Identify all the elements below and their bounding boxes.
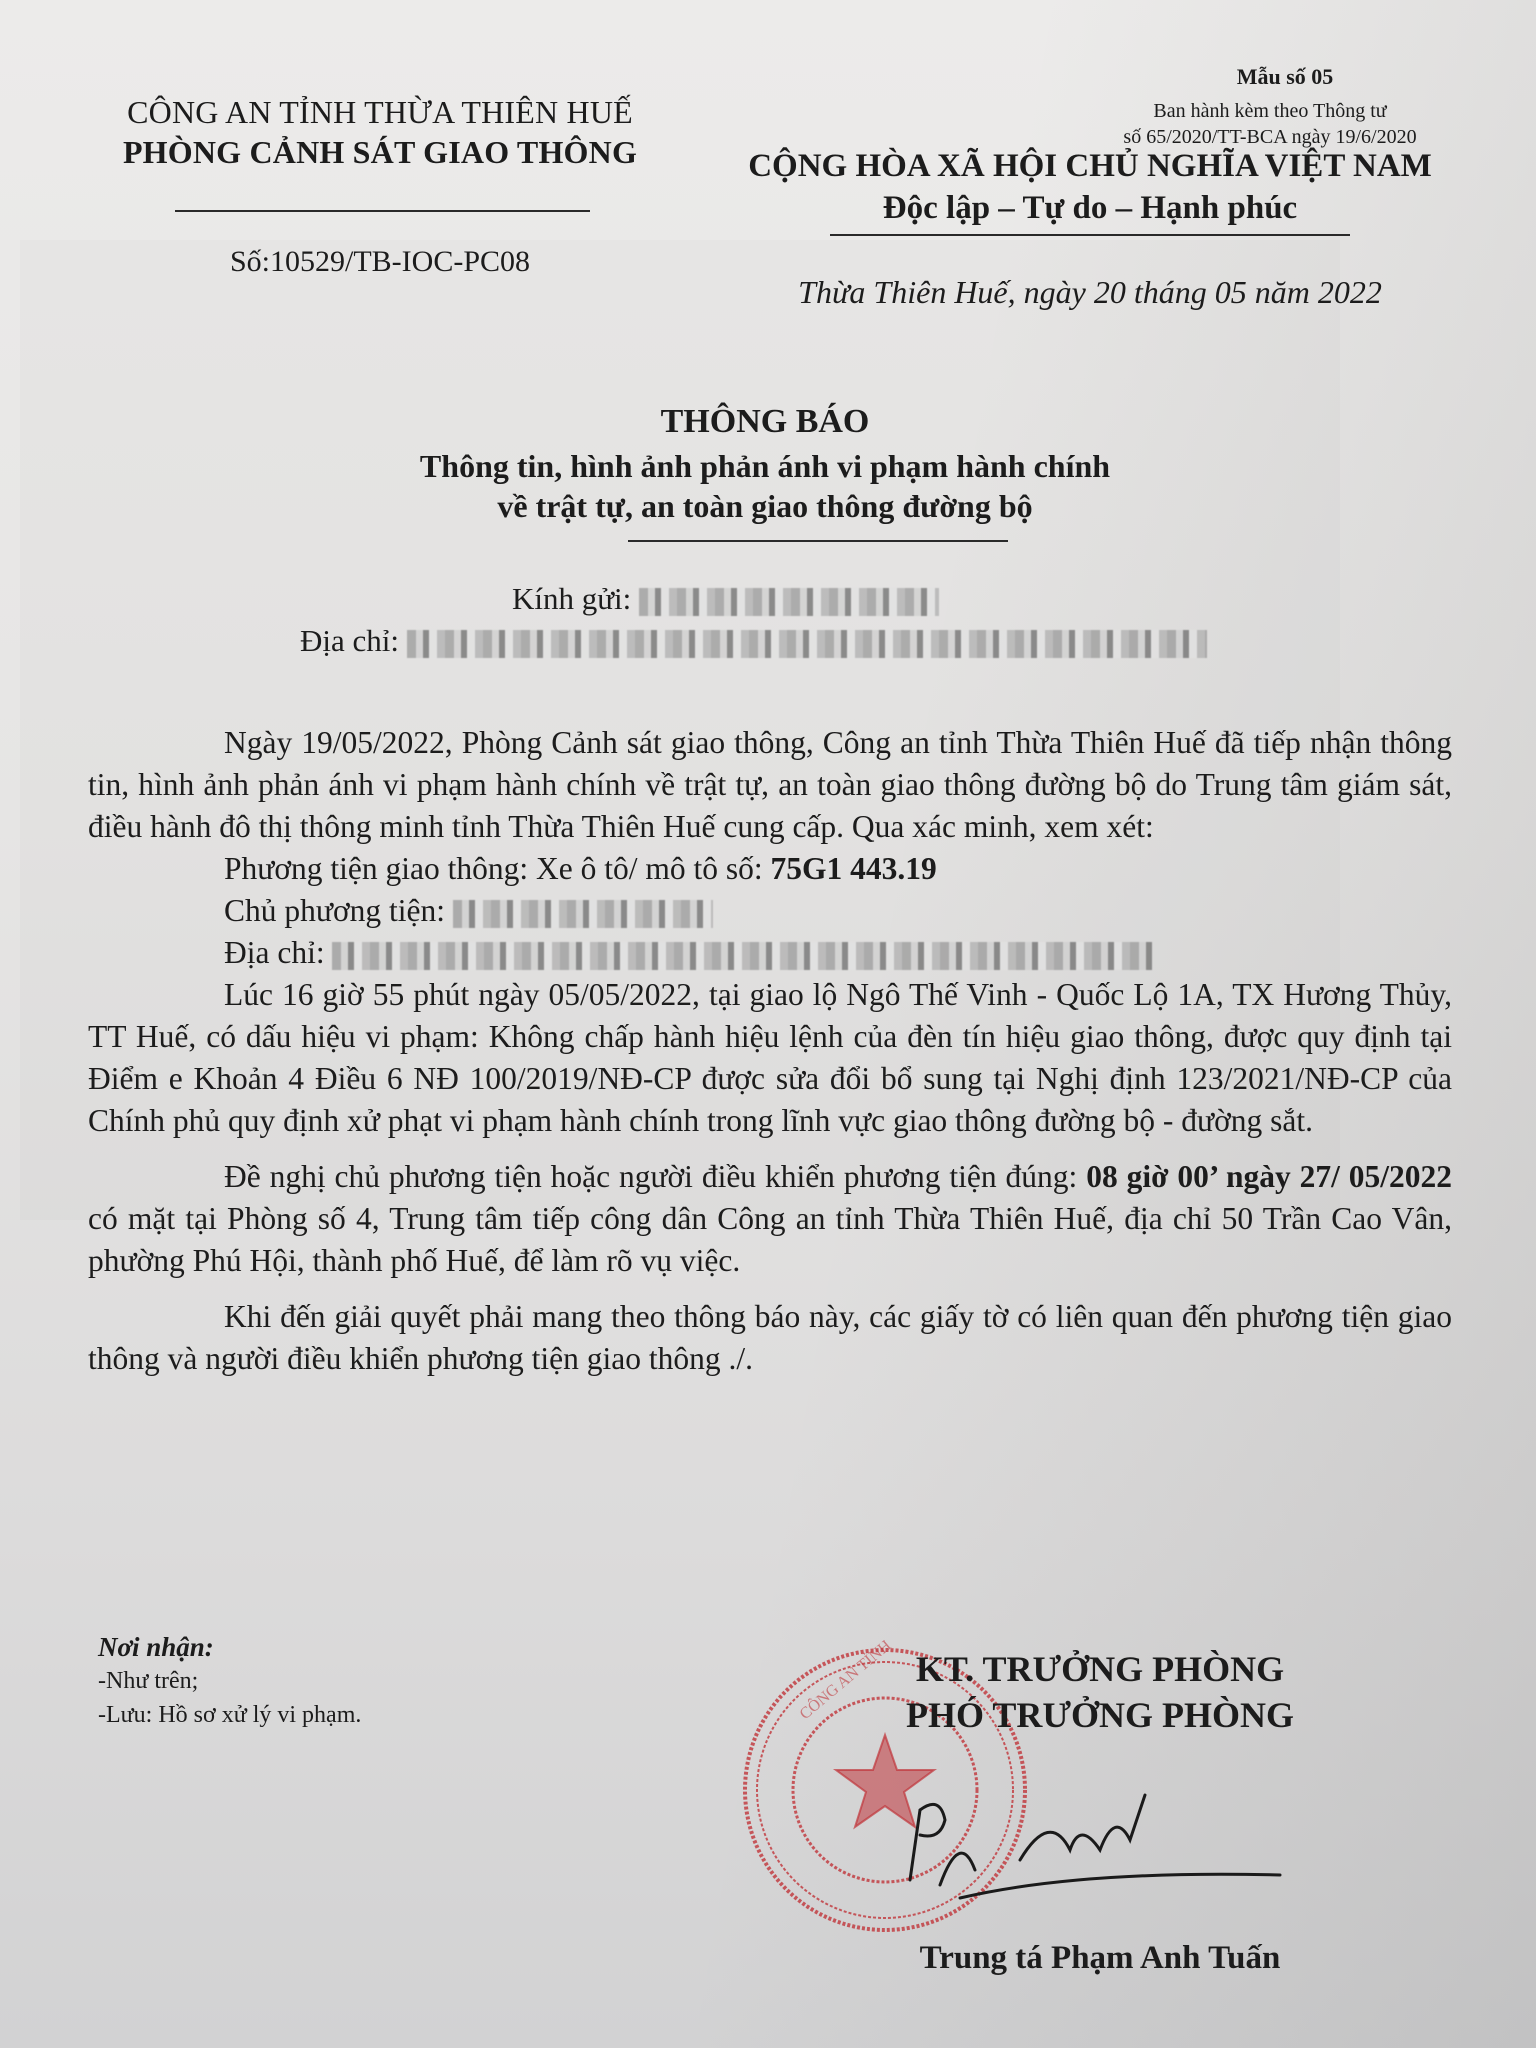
recipient-row: Kính gửi: <box>300 578 1280 620</box>
owner-row: Chủ phương tiện: <box>88 890 1452 932</box>
redacted-owner-name <box>453 900 713 928</box>
form-issuance-line-1: Ban hành kèm theo Thông tư <box>1060 98 1480 124</box>
request-paragraph: Đề nghị chủ phương tiện hoặc người điều … <box>88 1156 1452 1282</box>
agency-department: PHÒNG CẢNH SÁT GIAO THÔNG <box>60 132 700 172</box>
recipient-address-row: Địa chỉ: <box>300 620 1280 662</box>
motto-underline <box>830 234 1350 236</box>
appointment-time: 08 giờ 00’ ngày 27/ 05/2022 <box>1086 1159 1452 1194</box>
title-main: THÔNG BÁO <box>240 398 1290 446</box>
document-number: Số:10529/TB-IOC-PC08 <box>60 245 700 279</box>
form-number: Mẫu số 05 <box>1090 64 1480 90</box>
distribution-heading: Nơi nhận: <box>98 1630 618 1664</box>
signer-name: Trung tá Phạm Anh Tuấn <box>820 1940 1380 1977</box>
intro-paragraph: Ngày 19/05/2022, Phòng Cảnh sát giao thô… <box>88 722 1452 848</box>
national-heading: CỘNG HÒA XÃ HỘI CHỦ NGHĨA VIỆT NAM Độc l… <box>700 145 1480 229</box>
recipient-block: Kính gửi: Địa chỉ: <box>300 578 1280 662</box>
distribution-list: Nơi nhận: -Như trên; -Lưu: Hồ sơ xử lý v… <box>98 1630 618 1732</box>
owner-address-row: Địa chỉ: <box>88 932 1452 974</box>
distribution-item: -Lưu: Hồ sơ xử lý vi phạm. <box>98 1698 618 1732</box>
national-motto: Độc lập – Tự do – Hạnh phúc <box>700 187 1480 229</box>
title-subtitle-1: Thông tin, hình ảnh phản ánh vi phạm hàn… <box>240 446 1290 486</box>
vehicle-plate: 75G1 443.19 <box>770 851 936 886</box>
redacted-recipient-address <box>407 630 1207 658</box>
recipient-label: Kính gửi: <box>512 581 631 616</box>
distribution-item: -Như trên; <box>98 1664 618 1698</box>
signature-title: KT. TRƯỞNG PHÒNG PHÓ TRƯỞNG PHÒNG <box>820 1646 1380 1738</box>
recipient-address-label: Địa chỉ: <box>300 623 399 658</box>
owner-label: Chủ phương tiện: <box>224 893 445 928</box>
request-prefix: Đề nghị chủ phương tiện hoặc người điều … <box>224 1159 1077 1194</box>
redacted-owner-address <box>332 942 1152 970</box>
nation-name: CỘNG HÒA XÃ HỘI CHỦ NGHĨA VIỆT NAM <box>700 145 1480 187</box>
document-title: THÔNG BÁO Thông tin, hình ảnh phản ánh v… <box>240 398 1290 526</box>
place-and-date: Thừa Thiên Huế, ngày 20 tháng 05 năm 202… <box>700 274 1480 311</box>
request-suffix: có mặt tại Phòng số 4, Trung tâm tiếp cô… <box>88 1201 1452 1278</box>
title-subtitle-2: về trật tự, an toàn giao thông đường bộ <box>240 486 1290 526</box>
vehicle-label: Phương tiện giao thông: Xe ô tô/ mô tô s… <box>224 851 763 886</box>
agency-parent: CÔNG AN TỈNH THỪA THIÊN HUẾ <box>60 92 700 132</box>
signature-line-2: PHÓ TRƯỞNG PHÒNG <box>820 1692 1380 1738</box>
agency-underline <box>175 210 590 212</box>
notice-body: Ngày 19/05/2022, Phòng Cảnh sát giao thô… <box>88 722 1452 1380</box>
owner-address-label: Địa chỉ: <box>224 935 325 970</box>
form-issuance-note: Ban hành kèm theo Thông tư số 65/2020/TT… <box>1060 98 1480 150</box>
handwritten-signature-icon <box>900 1790 1300 1900</box>
vehicle-row: Phương tiện giao thông: Xe ô tô/ mô tô s… <box>88 848 1452 890</box>
closing-paragraph: Khi đến giải quyết phải mang theo thông … <box>88 1296 1452 1380</box>
issuing-agency: CÔNG AN TỈNH THỪA THIÊN HUẾ PHÒNG CẢNH S… <box>60 92 700 172</box>
redacted-recipient-name <box>639 588 939 616</box>
signature-line-1: KT. TRƯỞNG PHÒNG <box>820 1646 1380 1692</box>
violation-paragraph: Lúc 16 giờ 55 phút ngày 05/05/2022, tại … <box>88 974 1452 1142</box>
title-underline <box>628 540 1008 542</box>
